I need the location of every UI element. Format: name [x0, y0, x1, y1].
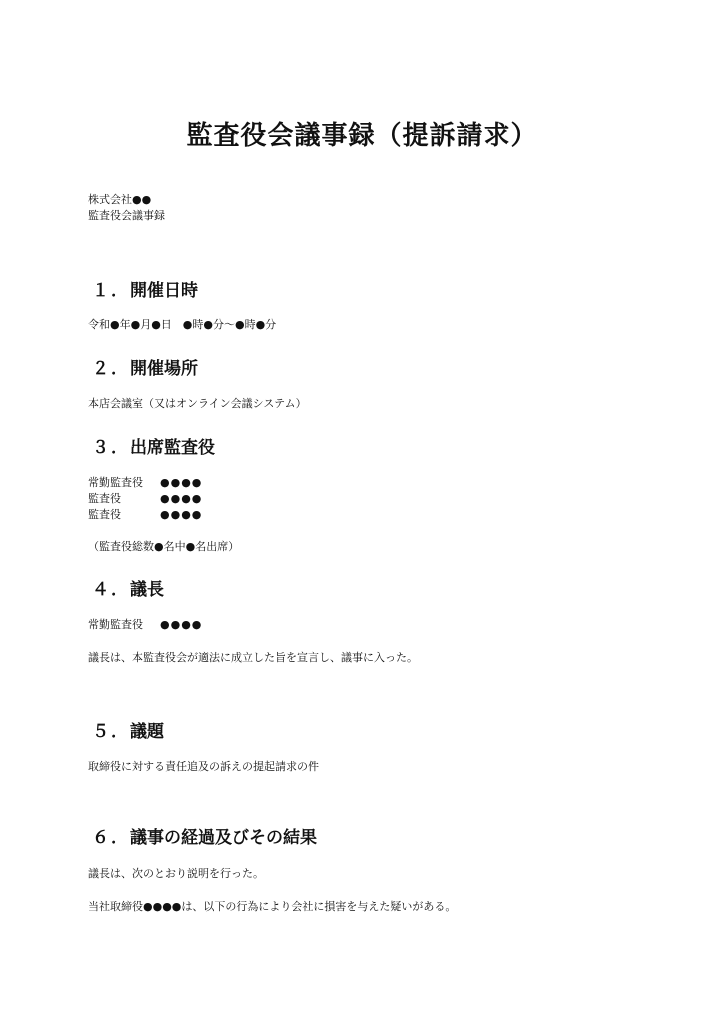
proceedings-line: 議長は、次のとおり説明を行った。 — [88, 866, 264, 882]
section-number: ２． — [92, 359, 130, 379]
meeting-place: 本店会議室（又はオンライン会議システム） — [88, 396, 307, 412]
attendee-role: 常勤監査役 — [88, 475, 160, 491]
attendee-role: 監査役 — [88, 507, 160, 523]
section-number: １． — [92, 281, 130, 301]
attendee-row: 監査役 ●●●● — [88, 507, 202, 523]
document-page: 監査役会議事録（提訴請求） 株式会社●● 監査役会議事録 １．開催日時 令和●年… — [0, 0, 724, 1024]
section-title: 議題 — [130, 722, 164, 742]
attendee-name: ●●●● — [160, 475, 202, 491]
section-3-heading: ３．出席監査役 — [92, 436, 215, 460]
attendee-name: ●●●● — [160, 491, 202, 507]
section-title: 開催日時 — [130, 281, 198, 301]
section-1-heading: １．開催日時 — [92, 279, 198, 303]
section-title: 出席監査役 — [130, 438, 215, 458]
attendance-note: （監査役総数●名中●名出席） — [88, 539, 239, 555]
section-number: ３． — [92, 438, 130, 458]
meeting-datetime: 令和●年●月●日 ●時●分～●時●分 — [88, 317, 276, 333]
section-number: ６． — [92, 828, 130, 848]
company-name: 株式会社●● — [88, 192, 151, 208]
section-title: 議長 — [130, 580, 164, 600]
section-5-heading: ５．議題 — [92, 720, 164, 744]
minutes-label: 監査役会議事録 — [88, 208, 165, 224]
attendee-role: 監査役 — [88, 491, 160, 507]
proceedings-line: 当社取締役●●●●は、以下の行為により会社に損害を与えた疑いがある。 — [88, 899, 456, 915]
attendee-row: 監査役 ●●●● — [88, 491, 202, 507]
chair-role: 常勤監査役 — [88, 617, 160, 633]
attendee-row: 常勤監査役 ●●●● — [88, 475, 202, 491]
attendee-name: ●●●● — [160, 507, 202, 523]
section-title: 開催場所 — [130, 359, 198, 379]
section-6-heading: ６．議事の経過及びその結果 — [92, 826, 317, 850]
section-number: ４． — [92, 580, 130, 600]
agenda-item: 取締役に対する責任追及の訴えの提起請求の件 — [88, 759, 319, 775]
section-2-heading: ２．開催場所 — [92, 357, 198, 381]
chair-row: 常勤監査役 ●●●● — [88, 617, 202, 633]
section-number: ５． — [92, 722, 130, 742]
chair-name: ●●●● — [160, 617, 202, 633]
chair-declaration: 議長は、本監査役会が適法に成立した旨を宣言し、議事に入った。 — [88, 650, 418, 666]
document-title: 監査役会議事録（提訴請求） — [0, 116, 724, 156]
section-title: 議事の経過及びその結果 — [130, 828, 317, 848]
section-4-heading: ４．議長 — [92, 578, 164, 602]
